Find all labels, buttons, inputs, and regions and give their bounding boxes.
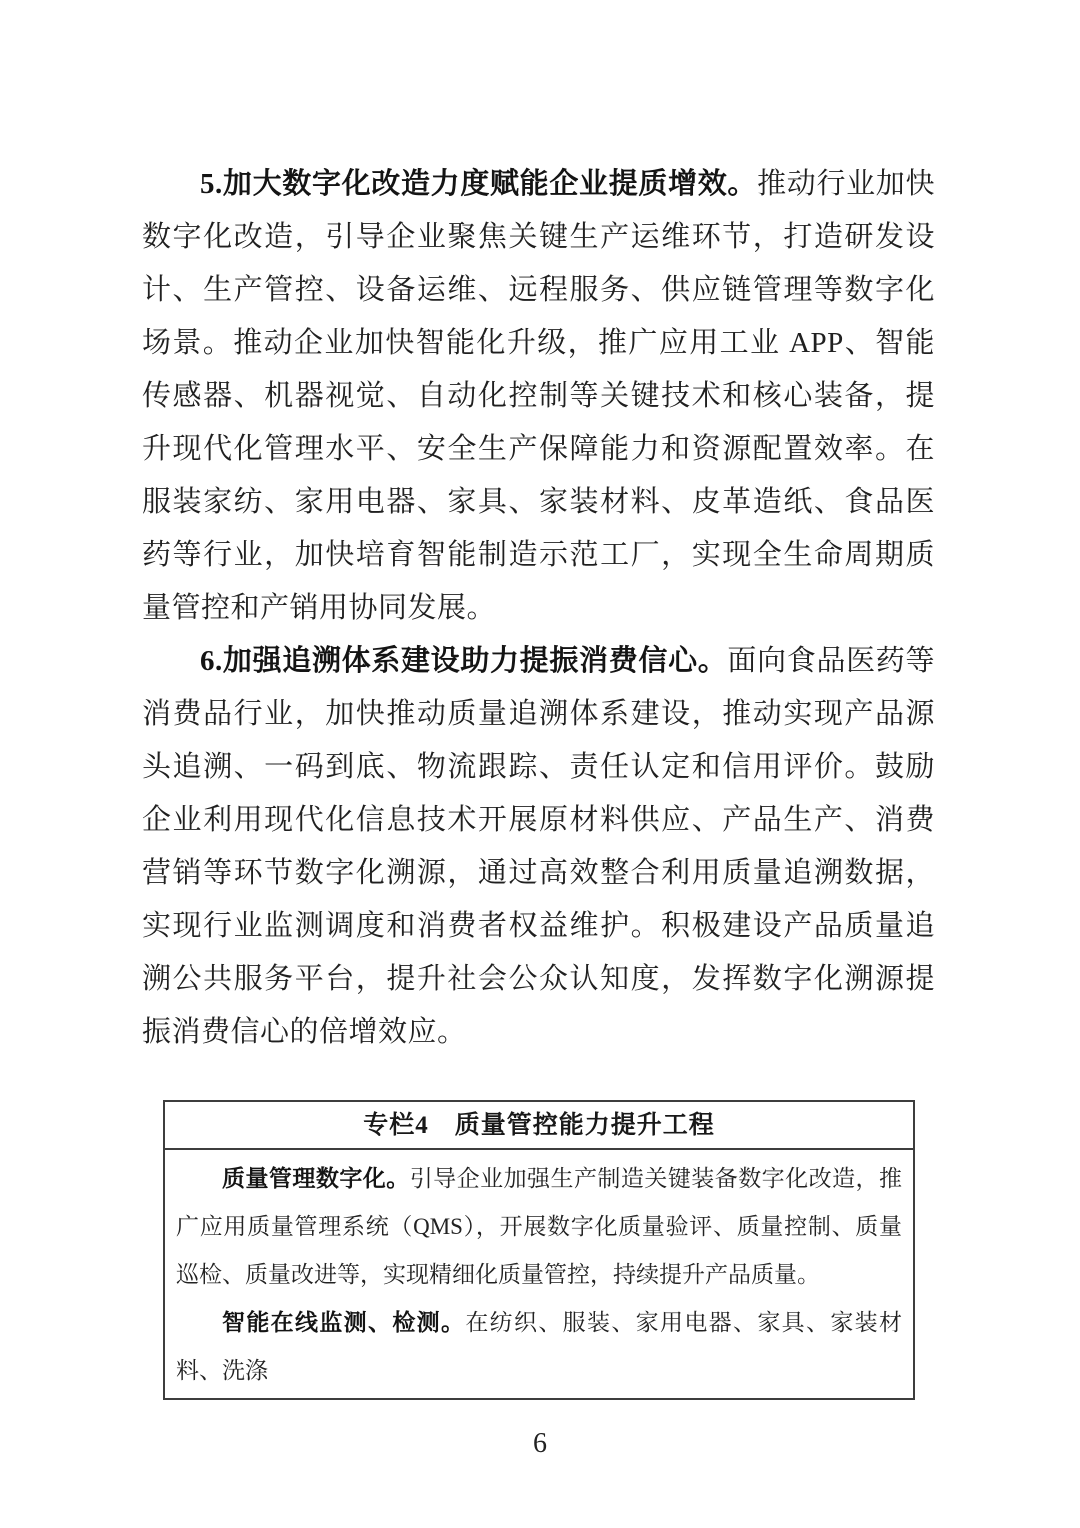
- box-paragraph-smart-monitoring: 智能在线监测、检测。在纺织、服装、家用电器、家具、家装材料、洗涤: [176, 1299, 902, 1395]
- special-column-box: 专栏4 质量管控能力提升工程 质量管理数字化。引导企业加强生产制造关键装备数字化…: [163, 1100, 915, 1400]
- box-paragraph-quality-management: 质量管理数字化。引导企业加强生产制造关键装备数字化改造，推广应用质量管理系统（Q…: [176, 1155, 902, 1299]
- document-content: 5.加大数字化改造力度赋能企业提质增效。推动行业加快数字化改造，引导企业聚焦关键…: [142, 158, 935, 1400]
- paragraph-5: 5.加大数字化改造力度赋能企业提质增效。推动行业加快数字化改造，引导企业聚焦关键…: [142, 158, 935, 635]
- paragraph-6: 6.加强追溯体系建设助力提振消费信心。面向食品医药等消费品行业，加快推动质量追溯…: [142, 635, 935, 1059]
- paragraph-5-text: 推动行业加快数字化改造，引导企业聚焦关键生产运维环节，打造研发设计、生产管控、设…: [142, 168, 935, 624]
- special-column-box-title: 专栏4 质量管控能力提升工程: [165, 1102, 913, 1150]
- document-page: 5.加大数字化改造力度赋能企业提质增效。推动行业加快数字化改造，引导企业聚焦关键…: [0, 0, 1080, 1528]
- box-paragraph-smart-monitoring-heading: 智能在线监测、检测。: [222, 1310, 465, 1335]
- page-number: 6: [0, 1428, 1080, 1460]
- paragraph-5-heading: 5.加大数字化改造力度赋能企业提质增效。: [200, 168, 757, 200]
- paragraph-6-text: 面向食品医药等消费品行业，加快推动质量追溯体系建设，推动实现产品源头追溯、一码到…: [142, 645, 935, 1048]
- paragraph-6-heading: 6.加强追溯体系建设助力提振消费信心。: [200, 645, 727, 677]
- box-paragraph-quality-management-heading: 质量管理数字化。: [222, 1166, 410, 1191]
- special-column-box-body: 质量管理数字化。引导企业加强生产制造关键装备数字化改造，推广应用质量管理系统（Q…: [165, 1150, 913, 1398]
